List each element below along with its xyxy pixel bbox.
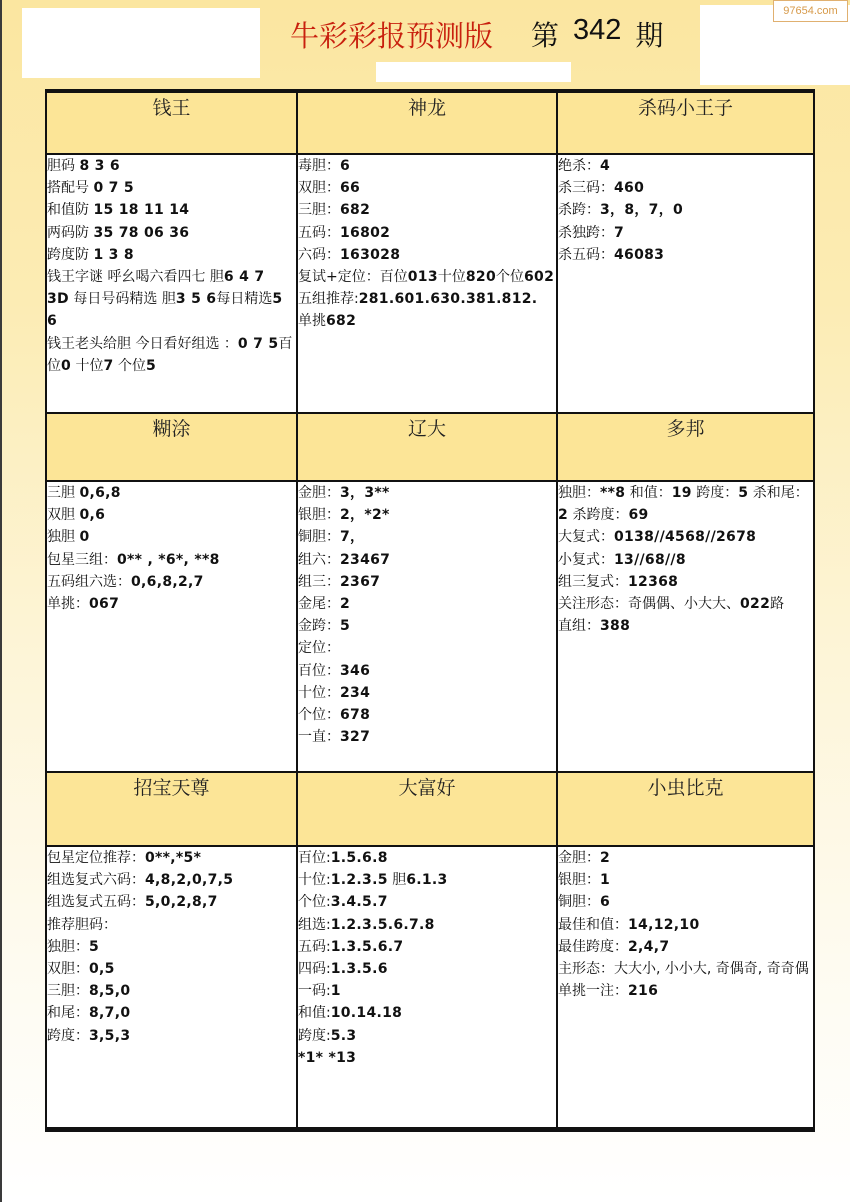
line-value: 5 xyxy=(89,939,99,955)
line-value: 0138//4568//2678 xyxy=(614,529,756,545)
prediction-line: 单挑：067 xyxy=(47,593,296,615)
prediction-line: 铜胆：6 xyxy=(558,891,813,913)
line-label: 和值： xyxy=(625,485,671,501)
line-label: 两码防 xyxy=(47,225,93,241)
expert-name: 神龙 xyxy=(297,91,557,154)
prediction-line: 金跨：5 xyxy=(298,615,556,637)
expert-panel: 独胆：**8 和值：19 跨度：5 杀和尾：2 杀跨度：69大复式：0138//… xyxy=(557,481,814,772)
line-label: 六码： xyxy=(298,247,340,263)
line-label: 银胆： xyxy=(558,872,600,888)
line-value: 8,7,0 xyxy=(89,1005,130,1021)
prediction-line: 杀独跨：7 xyxy=(558,222,813,244)
line-label: 十位: xyxy=(298,872,331,888)
prediction-line: 杀三码：460 xyxy=(558,177,813,199)
line-value: 2 xyxy=(600,850,610,866)
prediction-line: 搭配号 0 7 5 xyxy=(47,177,296,199)
line-label: 金胆： xyxy=(558,850,600,866)
line-value: 5.3 xyxy=(331,1028,357,1044)
prediction-line: 组选:1.2.3.5.6.7.8 xyxy=(298,914,556,936)
line-label: 一直： xyxy=(298,729,340,745)
line-value: 1.5.6.8 xyxy=(331,850,388,866)
line-label: 铜胆： xyxy=(558,894,600,910)
line-label: 胆 xyxy=(388,872,406,888)
line-value: 4 xyxy=(600,158,610,174)
line-value: 682 xyxy=(326,313,356,329)
prediction-line: 和尾：8,7,0 xyxy=(47,1002,296,1024)
expert-name: 辽大 xyxy=(297,413,557,481)
line-value: 5 xyxy=(146,358,156,374)
line-label: 跨度: xyxy=(298,1028,331,1044)
line-label: 和尾： xyxy=(47,1005,89,1021)
line-value: 3 5 6 xyxy=(176,291,216,307)
line-label: 最佳跨度： xyxy=(558,939,628,955)
line-label: 五码组六选： xyxy=(47,574,131,590)
prediction-line: 个位：678 xyxy=(298,704,556,726)
line-value: 2367 xyxy=(340,574,380,590)
line-value: 216 xyxy=(628,983,658,999)
prediction-line: 金尾：2 xyxy=(298,593,556,615)
prediction-line: 银胆：2，*2* xyxy=(298,504,556,526)
line-value: 0**,*5* xyxy=(145,850,201,866)
line-label: 每日精选 xyxy=(216,291,272,307)
line-value: 0** , *6*, **8 xyxy=(117,552,220,568)
line-value: 602 xyxy=(524,269,554,285)
prediction-line: 主形态：大大小, 小小大, 奇偶奇, 奇奇偶 xyxy=(558,958,813,980)
line-value: 0 xyxy=(61,358,71,374)
line-label: 搭配号 xyxy=(47,180,93,196)
line-value: 6 4 7 xyxy=(224,269,264,285)
line-label: 单挑一注： xyxy=(558,983,628,999)
prediction-line: 跨度：3,5,3 xyxy=(47,1025,296,1047)
line-value: 10.14.18 xyxy=(331,1005,402,1021)
prediction-line: 组六：23467 xyxy=(298,549,556,571)
line-value: 8 3 6 xyxy=(79,158,119,174)
expert-panel: 毒胆：6双胆：66三胆：682五码：16802六码：163028复试+定位：百位… xyxy=(297,154,557,413)
prediction-line: 五码:1.3.5.6.7 xyxy=(298,936,556,958)
line-value: 1.3.5.6.7 xyxy=(331,939,404,955)
prediction-line: 三胆 0,6,8 xyxy=(47,482,296,504)
page-title: 牛彩彩报预测版 xyxy=(290,14,493,55)
line-label: 绝杀： xyxy=(558,158,600,174)
prediction-line: 跨度:5.3 xyxy=(298,1025,556,1047)
expert-panel: 金胆：3，3**银胆：2，*2*铜胆：7，组六：23467组三：2367金尾：2… xyxy=(297,481,557,772)
expert-name: 小虫比克 xyxy=(557,772,814,846)
line-label: 十位 xyxy=(71,358,103,374)
line-value: 19 xyxy=(672,485,692,501)
line-label: 杀五码： xyxy=(558,247,614,263)
expert-name: 大富好 xyxy=(297,772,557,846)
line-value: 067 xyxy=(89,596,119,612)
prediction-line: 组三：2367 xyxy=(298,571,556,593)
line-label: 每日号码精选 胆 xyxy=(69,291,176,307)
expert-panel: 包星定位推荐：0**,*5*组选复式六码：4,8,2,0,7,5组选复式五码：5… xyxy=(46,846,297,1130)
prediction-line: 三胆：8,5,0 xyxy=(47,980,296,1002)
expert-name: 多邦 xyxy=(557,413,814,481)
line-value: 1.2.3.5 xyxy=(331,872,388,888)
prediction-line: 金胆：2 xyxy=(558,847,813,869)
line-value: 35 78 06 36 xyxy=(93,225,189,241)
prediction-line: 组选复式五码：5,0,2,8,7 xyxy=(47,891,296,913)
line-value: 327 xyxy=(340,729,370,745)
prediction-line: 十位：234 xyxy=(298,682,556,704)
line-value: 5 xyxy=(340,618,350,634)
prediction-line: 双胆：66 xyxy=(298,177,556,199)
line-value: *1* *13 xyxy=(298,1050,356,1066)
line-label: 五码： xyxy=(298,225,340,241)
prediction-line: *1* *13 xyxy=(298,1047,556,1069)
prediction-grid: 钱王 神龙 杀码小王子 胆码 8 3 6搭配号 0 7 5和值防 15 18 1… xyxy=(45,89,815,1132)
prediction-line: 五组推荐:281.601.630.381.812. xyxy=(298,288,556,310)
blank-white-box-center xyxy=(376,62,571,82)
line-value: 022 xyxy=(740,596,770,612)
line-value: 460 xyxy=(614,180,644,196)
line-label: 组三复式： xyxy=(558,574,628,590)
issue-suffix: 期 xyxy=(635,14,663,54)
line-value: 5 xyxy=(738,485,748,501)
line-value: 12368 xyxy=(628,574,678,590)
line-label: 路 xyxy=(770,596,784,612)
line-value: 3D xyxy=(47,291,69,307)
line-label: 金胆： xyxy=(298,485,340,501)
prediction-line: 独胆 0 xyxy=(47,526,296,548)
prediction-line: 大复式：0138//4568//2678 xyxy=(558,526,813,548)
line-value: 3.4.5.7 xyxy=(331,894,388,910)
line-value: 66 xyxy=(340,180,360,196)
line-value: 0 xyxy=(79,529,89,545)
prediction-line: 十位:1.2.3.5 胆6.1.3 xyxy=(298,869,556,891)
prediction-line: 组选复式六码：4,8,2,0,7,5 xyxy=(47,869,296,891)
line-label: 三胆 xyxy=(47,485,79,501)
prediction-line: 包星三组：0** , *6*, **8 xyxy=(47,549,296,571)
line-value: 0,6,8 xyxy=(79,485,120,501)
line-label: 胆码 xyxy=(47,158,79,174)
line-label: 四码: xyxy=(298,961,331,977)
line-label: 独胆： xyxy=(558,485,600,501)
line-label: 主形态：大大小, 小小大, 奇偶奇, 奇奇偶 xyxy=(558,961,809,977)
header-row-2: 糊涂 辽大 多邦 xyxy=(46,413,814,481)
prediction-line: 金胆：3，3** xyxy=(298,482,556,504)
prediction-line: 铜胆：7， xyxy=(298,526,556,548)
line-label: 独胆： xyxy=(47,939,89,955)
issue-label: 第 342 期 xyxy=(531,14,663,54)
expert-name: 糊涂 xyxy=(46,413,297,481)
line-value: 6 xyxy=(600,894,610,910)
line-label: 钱王字谜 呼幺喝六看四七 胆 xyxy=(47,269,224,285)
expert-name: 招宝天尊 xyxy=(46,772,297,846)
line-value: 013 xyxy=(408,269,438,285)
expert-panel: 绝杀：4杀三码：460杀跨：3，8，7，0杀独跨：7杀五码：46083 xyxy=(557,154,814,413)
line-value: 0,6,8,2,7 xyxy=(131,574,204,590)
prediction-line: 和值防 15 18 11 14 xyxy=(47,199,296,221)
line-label: 五码: xyxy=(298,939,331,955)
line-label: 组选复式六码： xyxy=(47,872,145,888)
line-value: 16802 xyxy=(340,225,390,241)
line-label: 组六： xyxy=(298,552,340,568)
prediction-line: 定位： xyxy=(298,637,556,659)
line-value: 1 xyxy=(600,872,610,888)
line-value: 0 7 5 xyxy=(238,336,278,352)
line-label: 毒胆： xyxy=(298,158,340,174)
prediction-line: 胆码 8 3 6 xyxy=(47,155,296,177)
line-value: 0,5 xyxy=(89,961,115,977)
line-value: 6.1.3 xyxy=(406,872,447,888)
line-value: 3，8，7，0 xyxy=(600,202,683,218)
prediction-line: 个位:3.4.5.7 xyxy=(298,891,556,913)
prediction-line: 双胆：0,5 xyxy=(47,958,296,980)
line-value: 15 18 11 14 xyxy=(93,202,189,218)
prediction-line: 最佳和值：14,12,10 xyxy=(558,914,813,936)
line-label: 双胆： xyxy=(47,961,89,977)
prediction-line: 组三复式：12368 xyxy=(558,571,813,593)
prediction-line: 三胆：682 xyxy=(298,199,556,221)
prediction-line: 关注形态：奇偶偶、小大大、022路 xyxy=(558,593,813,615)
line-label: 三胆： xyxy=(298,202,340,218)
line-label: 直组： xyxy=(558,618,600,634)
prediction-line: 四码:1.3.5.6 xyxy=(298,958,556,980)
line-label: 钱王老头给胆 今日看好组选 ： xyxy=(47,336,238,352)
line-label: 和值: xyxy=(298,1005,331,1021)
line-value: 346 xyxy=(340,663,370,679)
line-label: 三胆： xyxy=(47,983,89,999)
page-header: 牛彩彩报预测版 第 342 期 xyxy=(290,12,663,56)
line-value: 7， xyxy=(340,529,364,545)
line-label: 杀独跨： xyxy=(558,225,614,241)
expert-panel: 胆码 8 3 6搭配号 0 7 5和值防 15 18 11 14两码防 35 7… xyxy=(46,154,297,413)
issue-prefix: 第 xyxy=(531,14,559,54)
line-value: 2，*2* xyxy=(340,507,390,523)
line-value: 7 xyxy=(614,225,624,241)
prediction-line: 五码：16802 xyxy=(298,222,556,244)
line-label: 十位： xyxy=(298,685,340,701)
watermark: 97654.com xyxy=(773,0,848,22)
line-value: 678 xyxy=(340,707,370,723)
line-value: 23467 xyxy=(340,552,390,568)
prediction-line: 单挑一注：216 xyxy=(558,980,813,1002)
line-label: 大复式： xyxy=(558,529,614,545)
prediction-line: 推荐胆码： xyxy=(47,914,296,936)
line-label: 五组推荐: xyxy=(298,291,359,307)
prediction-line: 两码防 35 78 06 36 xyxy=(47,222,296,244)
prediction-line: 包星定位推荐：0**,*5* xyxy=(47,847,296,869)
line-value: 163028 xyxy=(340,247,400,263)
line-label: 包星三组： xyxy=(47,552,117,568)
line-label: 双胆： xyxy=(298,180,340,196)
line-value: 0,6 xyxy=(79,507,105,523)
line-label: 百位: xyxy=(298,850,331,866)
line-value: 234 xyxy=(340,685,370,701)
line-value: 13//68//8 xyxy=(614,552,686,568)
line-value: 3，3** xyxy=(340,485,390,501)
body-row-2: 三胆 0,6,8双胆 0,6独胆 0包星三组：0** , *6*, **8五码组… xyxy=(46,481,814,772)
expert-panel: 三胆 0,6,8双胆 0,6独胆 0包星三组：0** , *6*, **8五码组… xyxy=(46,481,297,772)
line-label: 复试+定位：百位 xyxy=(298,269,408,285)
line-label: 个位： xyxy=(298,707,340,723)
line-label: 杀三码： xyxy=(558,180,614,196)
line-value: 820 xyxy=(466,269,496,285)
line-value: 2 xyxy=(558,507,568,523)
prediction-line: 双胆 0,6 xyxy=(47,504,296,526)
prediction-line: 最佳跨度：2,4,7 xyxy=(558,936,813,958)
line-label: 最佳和值： xyxy=(558,917,628,933)
header-row-3: 招宝天尊 大富好 小虫比克 xyxy=(46,772,814,846)
prediction-line: 复试+定位：百位013十位820个位602 xyxy=(298,266,556,288)
line-label: 跨度： xyxy=(692,485,738,501)
prediction-line: 一直：327 xyxy=(298,726,556,748)
line-label: 十位 xyxy=(438,269,466,285)
issue-number: 342 xyxy=(573,14,621,54)
line-label: 金跨： xyxy=(298,618,340,634)
line-label: 单挑 xyxy=(298,313,326,329)
prediction-line: 小复式：13//68//8 xyxy=(558,549,813,571)
line-label: 小复式： xyxy=(558,552,614,568)
line-value: 46083 xyxy=(614,247,664,263)
body-row-1: 胆码 8 3 6搭配号 0 7 5和值防 15 18 11 14两码防 35 7… xyxy=(46,154,814,413)
page-left-edge xyxy=(0,0,2,1202)
line-label: 个位 xyxy=(114,358,146,374)
line-value: 14,12,10 xyxy=(628,917,699,933)
line-value: 281.601.630.381.812. xyxy=(359,291,538,307)
prediction-line: 杀跨：3，8，7，0 xyxy=(558,199,813,221)
line-label: 一码: xyxy=(298,983,331,999)
line-value: 69 xyxy=(629,507,649,523)
blank-white-box-left xyxy=(22,8,260,78)
line-label: 银胆： xyxy=(298,507,340,523)
line-label: 双胆 xyxy=(47,507,79,523)
line-label: 跨度： xyxy=(47,1028,89,1044)
line-label: 独胆 xyxy=(47,529,79,545)
expert-panel: 百位:1.5.6.8十位:1.2.3.5 胆6.1.3个位:3.4.5.7组选:… xyxy=(297,846,557,1130)
line-label: 金尾： xyxy=(298,596,340,612)
expert-panel: 金胆：2银胆：1铜胆：6最佳和值：14,12,10最佳跨度：2,4,7主形态：大… xyxy=(557,846,814,1130)
line-label: 定位： xyxy=(298,640,340,656)
line-label: 包星定位推荐： xyxy=(47,850,145,866)
line-label: 跨度防 xyxy=(47,247,93,263)
line-value: 2 xyxy=(340,596,350,612)
line-label: 杀跨： xyxy=(558,202,600,218)
prediction-line: 绝杀：4 xyxy=(558,155,813,177)
line-value: 1.2.3.5.6.7.8 xyxy=(331,917,435,933)
prediction-line: 银胆：1 xyxy=(558,869,813,891)
line-label: 组选复式五码： xyxy=(47,894,145,910)
prediction-line: 钱王老头给胆 今日看好组选 ：0 7 5百位0 十位7 个位5 xyxy=(47,333,296,377)
prediction-line: 百位:1.5.6.8 xyxy=(298,847,556,869)
line-label: 百位： xyxy=(298,663,340,679)
line-value: 1.3.5.6 xyxy=(331,961,388,977)
prediction-line: 杀五码：46083 xyxy=(558,244,813,266)
line-label: 铜胆： xyxy=(298,529,340,545)
prediction-line: 独胆：5 xyxy=(47,936,296,958)
expert-name: 杀码小王子 xyxy=(557,91,814,154)
body-row-3: 包星定位推荐：0**,*5*组选复式六码：4,8,2,0,7,5组选复式五码：5… xyxy=(46,846,814,1130)
line-value: 7 xyxy=(104,358,114,374)
prediction-line: 钱王字谜 呼幺喝六看四七 胆6 4 7 xyxy=(47,266,296,288)
prediction-line: 毒胆：6 xyxy=(298,155,556,177)
line-label: 个位: xyxy=(298,894,331,910)
line-value: 0 7 5 xyxy=(93,180,133,196)
line-value: 1 xyxy=(331,983,341,999)
line-value: 388 xyxy=(600,618,630,634)
line-label: 杀跨度： xyxy=(568,507,628,523)
line-label: 组三： xyxy=(298,574,340,590)
prediction-line: 3D 每日号码精选 胆3 5 6每日精选5 6 xyxy=(47,288,296,332)
prediction-line: 独胆：**8 和值：19 跨度：5 杀和尾：2 杀跨度：69 xyxy=(558,482,813,526)
line-value: 4,8,2,0,7,5 xyxy=(145,872,233,888)
line-value: 2,4,7 xyxy=(628,939,669,955)
line-label: 个位 xyxy=(496,269,524,285)
header-row-1: 钱王 神龙 杀码小王子 xyxy=(46,91,814,154)
line-value: 8,5,0 xyxy=(89,983,130,999)
line-value: 1 3 8 xyxy=(93,247,133,263)
expert-name: 钱王 xyxy=(46,91,297,154)
prediction-line: 和值:10.14.18 xyxy=(298,1002,556,1024)
line-label: 杀和尾： xyxy=(748,485,808,501)
line-value: 5,0,2,8,7 xyxy=(145,894,218,910)
prediction-line: 单挑682 xyxy=(298,310,556,332)
prediction-line: 跨度防 1 3 8 xyxy=(47,244,296,266)
line-value: 6 xyxy=(340,158,350,174)
prediction-line: 五码组六选：0,6,8,2,7 xyxy=(47,571,296,593)
prediction-line: 直组：388 xyxy=(558,615,813,637)
prediction-line: 百位：346 xyxy=(298,660,556,682)
prediction-line: 六码：163028 xyxy=(298,244,556,266)
prediction-line: 一码:1 xyxy=(298,980,556,1002)
line-label: 单挑： xyxy=(47,596,89,612)
line-value: **8 xyxy=(600,485,625,501)
line-label: 关注形态：奇偶偶、小大大、 xyxy=(558,596,740,612)
line-value: 3,5,3 xyxy=(89,1028,130,1044)
line-value: 682 xyxy=(340,202,370,218)
line-label: 推荐胆码： xyxy=(47,917,117,933)
line-label: 和值防 xyxy=(47,202,93,218)
line-label: 组选: xyxy=(298,917,331,933)
